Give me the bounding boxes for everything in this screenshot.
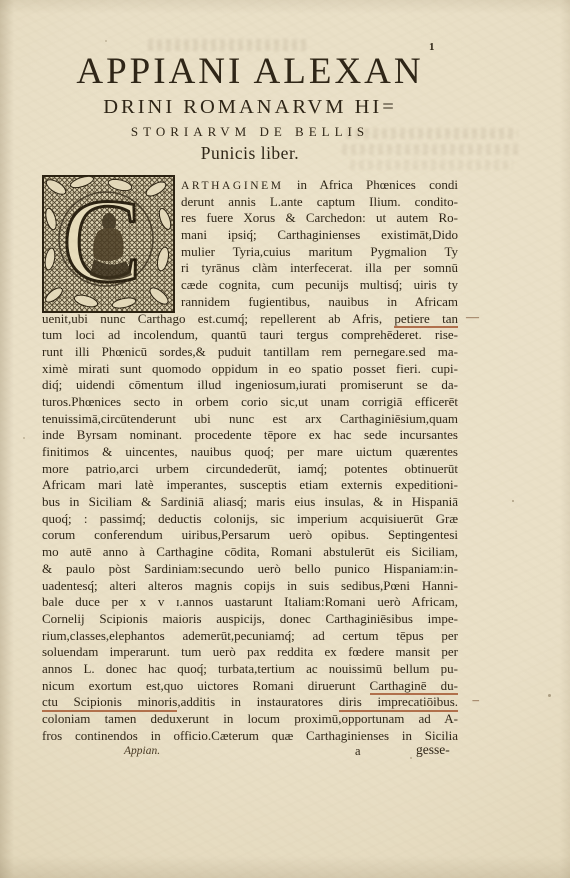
text-segment: mo autē anno à Carthagine cōdita, Romani… — [42, 544, 458, 559]
showthrough-smudge — [148, 39, 310, 51]
signature-mark: a — [355, 744, 361, 759]
text-segment: ,additis in instauratores — [177, 694, 338, 709]
text-segment: uadentesq́; alteri alteros magnis copijs… — [42, 578, 458, 593]
heading-line-4: Punicis liber. — [42, 143, 458, 164]
annotated-text: petiere tan — [394, 311, 458, 329]
text-line: inde Byrsam nominant. procedente tēpore … — [42, 427, 458, 444]
text-line: corum conferendum uiribus,Persarum uerò … — [42, 527, 458, 544]
text-segment: diq́; uidendi cōmentum illud ingeniosum,… — [42, 377, 458, 392]
text-line: mulier Tyria,cuius maritum Pygmalion Ty — [181, 244, 458, 261]
text-segment: mani ipsiq́; Carthaginienses existimāt,D… — [181, 227, 458, 242]
text-line: tenuissimā,circūtenderunt ubi nunc est a… — [42, 411, 458, 428]
text-segment: inde Byrsam nominant. procedente tēpore … — [42, 427, 458, 442]
text-segment: annos L. donec hac quoq́; turbata,tertiu… — [42, 661, 458, 676]
text-segment: & paulo pòst Sardiniam:secundo uerò bell… — [42, 561, 458, 576]
text-line: derunt annis L.ante captum Ilium. condit… — [181, 194, 458, 211]
heading-line-2: DRINI ROMANARVM HI= — [42, 96, 458, 119]
text-segment: bale duce per x v ɪ.annos uastarunt Ital… — [42, 594, 458, 609]
text-line: ARTHAGINEM in Africa Phœnices condi — [181, 177, 458, 194]
text-segment: soluendam imperarunt. tum uerò pax reddi… — [42, 644, 458, 659]
text-line: finitimos & uincentes, nauibus quoq́; pe… — [42, 444, 458, 461]
text-segment: Cornelij Scipionis maioris auspicijs, do… — [42, 611, 458, 626]
text-line: turos.Phœnices secto in orbem corio sic,… — [42, 394, 458, 411]
text-segment: ri tyrānus clàm interfecerat. illa per s… — [181, 260, 458, 275]
book-page-scan: 1 APPIANI ALEXAN DRINI ROMANARVM HI= STO… — [0, 0, 570, 878]
text-segment: ARTHAGINEM — [181, 180, 284, 192]
text-line: rannidem fugientibus, nauibus in Africam — [181, 294, 458, 311]
heading-line-1: APPIANI ALEXAN — [42, 52, 458, 92]
marginal-mark: — — [466, 309, 479, 326]
text-segment: runt illi Phœnicū sordes,& puduit tantil… — [42, 344, 458, 359]
heading-line-3: STORIARVM DE BELLIS — [42, 124, 458, 140]
text-segment: quoq́; : passimq́; deductis colonijs, si… — [42, 511, 458, 526]
text-line: & paulo pòst Sardiniam:secundo uerò bell… — [42, 561, 458, 578]
text-segment: res fuere Xorus & Carchedon: ut autem Ro… — [181, 210, 458, 225]
body-lines: ARTHAGINEM in Africa Phœnices condiderun… — [42, 177, 458, 744]
annotated-text: Carthaginē du- — [370, 678, 458, 696]
text-segment: derunt annis L.ante captum Ilium. condit… — [181, 194, 458, 209]
text-segment: tenuissimā,circūtenderunt ubi nunc est a… — [42, 411, 458, 426]
text-segment: corum conferendum uiribus,Persarum uerò … — [42, 527, 458, 542]
marginal-mark: – — [473, 692, 480, 709]
text-line: more patrio,arci urbem circundederūt, ia… — [42, 461, 458, 478]
text-segment: tum loci ad incolendum, quantū tauri ter… — [42, 327, 458, 342]
text-segment: turos.Phœnices secto in orbem corio sic,… — [42, 394, 458, 409]
text-segment: cæde cognita, cum pecunijs multisq́; uir… — [181, 277, 458, 292]
text-line: fros continendos in officio.Cæterum quæ … — [42, 728, 458, 745]
text-line: ctu Scipionis minoris,additis in instaur… — [42, 694, 458, 711]
annotated-text: diris imprecatiōibus. — [339, 694, 458, 712]
text-segment: ximè mirati sunt quomodo oppidum in eo s… — [42, 361, 458, 376]
text-line: mani ipsiq́; Carthaginienses existimāt,D… — [181, 227, 458, 244]
text-segment: rannidem fugientibus, nauibus in Africam — [181, 294, 458, 309]
text-segment: rium,classes,elephantos ademerūt,pecunia… — [42, 628, 458, 643]
text-line: soluendam imperarunt. tum uerò pax reddi… — [42, 644, 458, 661]
text-segment: mulier Tyria,cuius maritum Pygmalion Ty — [181, 244, 458, 259]
text-segment: uenit,ubi nunc Carthago est.cumq́; repel… — [42, 311, 394, 326]
text-line: ri tyrānus clàm interfecerat. illa per s… — [181, 260, 458, 277]
text-segment: more patrio,arci urbem circundederūt, ia… — [42, 461, 458, 476]
text-line: runt illi Phœnicū sordes,& puduit tantil… — [42, 344, 458, 361]
text-line: ximè mirati sunt quomodo oppidum in eo s… — [42, 361, 458, 378]
text-line: tum loci ad incolendum, quantū tauri ter… — [42, 327, 458, 344]
annotated-text: ctu Scipionis minoris — [42, 694, 177, 712]
text-segment: fros continendos in officio.Cæterum quæ … — [42, 728, 458, 743]
text-line: uadentesq́; alteri alteros magnis copijs… — [42, 578, 458, 595]
text-line: quoq́; : passimq́; deductis colonijs, si… — [42, 511, 458, 528]
text-line: coloniam tamen deduxerunt in locum proxi… — [42, 711, 458, 728]
text-line: res fuere Xorus & Carchedon: ut autem Ro… — [181, 210, 458, 227]
chapter-heading: APPIANI ALEXAN DRINI ROMANARVM HI= STORI… — [42, 52, 458, 164]
text-line: uenit,ubi nunc Carthago est.cumq́; repel… — [42, 311, 458, 328]
paper-speck — [105, 40, 107, 42]
text-segment: in Africa Phœnices condi — [284, 177, 458, 192]
paper-speck — [410, 757, 412, 759]
text-segment: bus in Siciliam & Sardiniā aliasq́; mari… — [42, 494, 458, 509]
paper-speck — [23, 437, 25, 439]
text-segment: Africam mari latè imperantes, susceptis … — [42, 477, 458, 492]
text-segment: finitimos & uincentes, nauibus quoq́; pe… — [42, 444, 458, 459]
text-segment: coloniam tamen deduxerunt in locum proxi… — [42, 711, 458, 726]
text-line: annos L. donec hac quoq́; turbata,tertiu… — [42, 661, 458, 678]
text-line: bus in Siciliam & Sardiniā aliasq́; mari… — [42, 494, 458, 511]
text-segment: nicum exortum est,quo uictores Romani di… — [42, 678, 370, 693]
text-line: Cornelij Scipionis maioris auspicijs, do… — [42, 611, 458, 628]
running-title: Appian. — [124, 745, 160, 757]
text-line: rium,classes,elephantos ademerūt,pecunia… — [42, 628, 458, 645]
text-line: cæde cognita, cum pecunijs multisq́; uir… — [181, 277, 458, 294]
paper-speck — [548, 694, 551, 697]
text-line: bale duce per x v ɪ.annos uastarunt Ital… — [42, 594, 458, 611]
text-line: mo autē anno à Carthagine cōdita, Romani… — [42, 544, 458, 561]
text-block: C ARTHAGINEM in Africa Phœnices condider… — [42, 177, 458, 744]
catchword: gesse- — [416, 742, 450, 758]
paper-speck — [512, 500, 514, 502]
text-line: Africam mari latè imperantes, susceptis … — [42, 477, 458, 494]
text-line: nicum exortum est,quo uictores Romani di… — [42, 678, 458, 695]
text-line: diq́; uidendi cōmentum illud ingeniosum,… — [42, 377, 458, 394]
